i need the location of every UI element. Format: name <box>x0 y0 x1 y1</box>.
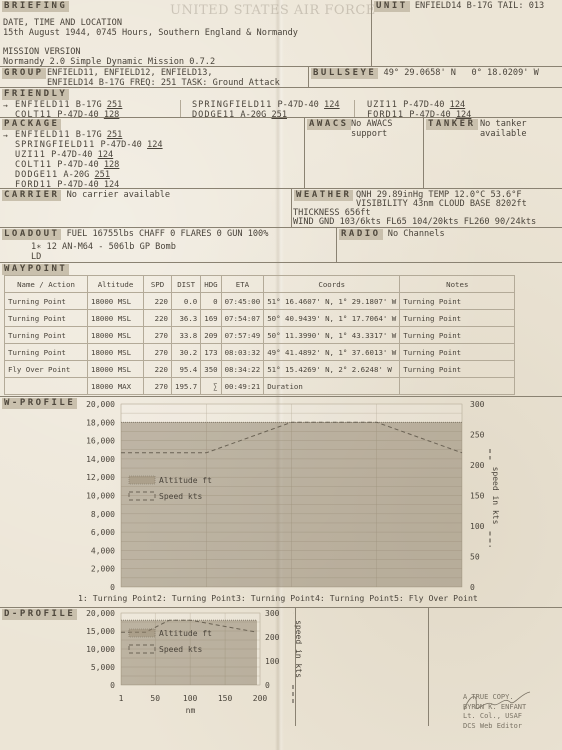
svg-text:5: Fly Over Point: 5: Fly Over Point <box>394 593 478 603</box>
table-cell <box>400 378 515 395</box>
svg-text:0: 0 <box>265 681 270 690</box>
table-cell: 95.4 <box>172 361 201 378</box>
arrow-right-icon: → <box>3 101 8 110</box>
package-item: UZI11 P-47D-40 124 <box>15 150 163 160</box>
table-cell: 36.3 <box>172 310 201 327</box>
table-cell: 18000 MSL <box>88 327 144 344</box>
svg-text:50: 50 <box>470 553 480 562</box>
svg-text:0: 0 <box>470 583 475 592</box>
carrier-header: CARRIER <box>2 190 61 201</box>
table-cell: 18000 MSL <box>88 344 144 361</box>
table-cell: 173 <box>201 344 221 361</box>
svg-text:15,000: 15,000 <box>86 627 115 636</box>
bullseye-lat: 49° 29.0658' N <box>384 68 456 78</box>
svg-text:50: 50 <box>150 694 160 703</box>
table-cell: 270 <box>144 378 172 395</box>
stamp-line: A TRUE COPY. <box>463 693 526 703</box>
weather-header: WEATHER <box>294 190 353 201</box>
svg-text:200: 200 <box>470 461 485 470</box>
col-dist: DIST <box>172 276 201 293</box>
friendly-item: ENFIELD11 B-17G 251 <box>15 100 122 110</box>
svg-text:2: Turning Point: 2: Turning Point <box>157 593 236 603</box>
svg-text:250: 250 <box>470 431 485 440</box>
col-name: Name / Action <box>5 276 88 293</box>
package-section: PACKAGE → ENFIELD11 B-17G 251 SPRINGFIEL… <box>0 117 305 189</box>
freq-link[interactable]: 124 <box>324 100 340 110</box>
tanker-line1: No tanker <box>480 119 527 129</box>
table-cell: 18000 MSL <box>88 310 144 327</box>
table-cell: 350 <box>201 361 221 378</box>
bullseye-lon: 0° 18.0209' W <box>472 68 539 78</box>
svg-text:8,000: 8,000 <box>91 510 115 519</box>
svg-text:300: 300 <box>470 400 485 409</box>
svg-text:14,000: 14,000 <box>86 455 115 464</box>
svg-text:0: 0 <box>110 583 115 592</box>
table-cell: 30.2 <box>172 344 201 361</box>
col-notes: Notes <box>400 276 515 293</box>
col-spd: SPD <box>144 276 172 293</box>
svg-text:4: Turning Point: 4: Turning Point <box>315 593 394 603</box>
svg-text:nm: nm <box>186 706 196 715</box>
loadout-weapon: 1∗ 12 AN-M64 - 506lb GP Bomb <box>31 242 176 252</box>
svg-text:1: 1 <box>119 694 124 703</box>
table-cell: 07:57:49 <box>221 327 264 344</box>
version-label: MISSION VERSION <box>3 47 81 57</box>
carrier-value: No carrier available <box>67 190 170 200</box>
svg-text:100: 100 <box>265 657 280 666</box>
col-altitude: Altitude <box>88 276 144 293</box>
table-row: Turning Point18000 MSL27033.820907:57:49… <box>5 327 515 344</box>
table-cell: 0 <box>201 293 221 310</box>
table-cell: 270 <box>144 344 172 361</box>
stamp-line: DCS Web Editor <box>463 722 526 732</box>
date-value: 15th August 1944, 0745 Hours, Southern E… <box>3 28 298 38</box>
awacs-section: AWACS No AWACS support <box>304 117 424 189</box>
table-total-row: 18000 MAX270195.7∑00:49:21Duration <box>5 378 515 395</box>
table-cell: 08:34:22 <box>221 361 264 378</box>
col-eta: ETA <box>221 276 264 293</box>
svg-text:Speed kts: Speed kts <box>159 645 203 654</box>
table-cell <box>5 378 88 395</box>
table-cell: Turning Point <box>400 361 515 378</box>
awacs-line1: No AWACS <box>351 119 392 129</box>
freq-link[interactable]: 251 <box>107 130 123 140</box>
group-line1: ENFIELD11, ENFIELD12, ENFIELD13, <box>47 68 213 78</box>
freq-link[interactable]: 124 <box>98 150 114 160</box>
table-cell: Turning Point <box>400 327 515 344</box>
friendly-header: FRIENDLY <box>2 89 69 100</box>
table-cell: 18000 MSL <box>88 293 144 310</box>
svg-text:300: 300 <box>265 609 280 618</box>
table-cell: 220 <box>144 361 172 378</box>
svg-text:150: 150 <box>218 694 233 703</box>
table-cell: Duration <box>264 378 400 395</box>
table-cell: Turning Point <box>5 344 88 361</box>
svg-text:3: Turning Point: 3: Turning Point <box>236 593 315 603</box>
freq-link[interactable]: 124 <box>450 100 466 110</box>
freq-link[interactable]: 251 <box>94 170 110 180</box>
table-cell: Turning Point <box>5 310 88 327</box>
friendly-item: UZI11 P-47D-40 124 <box>367 100 465 110</box>
w-profile-chart: 02,0004,0006,0008,00010,00012,00014,0001… <box>0 396 562 608</box>
table-cell: 49° 41.4892' N, 1° 37.6013' W <box>264 344 400 361</box>
package-item: COLT11 P-47D-40 128 <box>15 160 163 170</box>
table-cell: Turning Point <box>400 310 515 327</box>
package-header: PACKAGE <box>2 119 61 130</box>
col-coords: Coords <box>264 276 400 293</box>
table-cell: Fly Over Point <box>5 361 88 378</box>
svg-text:20,000: 20,000 <box>86 400 115 409</box>
svg-text:2,000: 2,000 <box>91 565 115 574</box>
loadout-header: LOADOUT <box>2 229 61 240</box>
table-row: Turning Point18000 MSL2200.0007:45:0051°… <box>5 293 515 310</box>
table-cell: 51° 16.4607' N, 1° 29.1807' W <box>264 293 400 310</box>
friendly-item: SPRINGFIELD11 P-47D-40 124 <box>192 100 340 110</box>
svg-text:150: 150 <box>470 492 485 501</box>
stamp-line: BYRON K. ENFANT <box>463 703 526 713</box>
tanker-header: TANKER <box>426 119 478 130</box>
svg-text:1: Turning Point: 1: Turning Point <box>78 593 157 603</box>
radio-header: RADIO <box>339 229 383 240</box>
freq-link[interactable]: 124 <box>147 140 163 150</box>
table-cell: 220 <box>144 293 172 310</box>
table-cell: Turning Point <box>400 293 515 310</box>
table-cell: 18000 MSL <box>88 361 144 378</box>
svg-text:speed in kts: speed in kts <box>294 620 303 678</box>
table-cell: 169 <box>201 310 221 327</box>
svg-text:5,000: 5,000 <box>91 663 115 672</box>
svg-text:200: 200 <box>265 633 280 642</box>
svg-text:6,000: 6,000 <box>91 528 115 537</box>
table-cell: 07:45:00 <box>221 293 264 310</box>
table-cell: 50° 40.9439' N, 1° 17.7064' W <box>264 310 400 327</box>
table-cell: 51° 15.4269' N, 2° 2.6248' W <box>264 361 400 378</box>
awacs-line2: support <box>351 129 387 139</box>
svg-text:0: 0 <box>110 681 115 690</box>
table-cell: 195.7 <box>172 378 201 395</box>
table-cell: Turning Point <box>400 344 515 361</box>
tanker-section: TANKER No tanker available <box>423 117 562 189</box>
table-cell: 07:54:07 <box>221 310 264 327</box>
table-cell: Turning Point <box>5 327 88 344</box>
table-header-row: Name / Action Altitude SPD DIST HDG ETA … <box>5 276 515 293</box>
table-cell: 18000 MAX <box>88 378 144 395</box>
waypoint-header: WAYPOINT <box>2 264 69 275</box>
loadout-weapon-sub: LD <box>31 252 41 262</box>
group-header: GROUP <box>2 68 46 79</box>
table-cell: ∑ <box>201 378 221 395</box>
date-label: DATE, TIME AND LOCATION <box>3 18 122 28</box>
package-item: SPRINGFIELD11 P-47D-40 124 <box>15 140 163 150</box>
unit-section: UNIT ENFIELD14 B-17G TAIL: 013 <box>371 0 562 67</box>
col-hdg: HDG <box>201 276 221 293</box>
table-row: Fly Over Point18000 MSL22095.435008:34:2… <box>5 361 515 378</box>
weather-line4: WIND GND 103/6kts FL65 104/20kts FL260 9… <box>293 217 536 227</box>
friendly-section: FRIENDLY → ENFIELD11 B-17G 251 COLT11 P-… <box>0 87 562 118</box>
table-row: Turning Point18000 MSL27030.217308:03:32… <box>5 344 515 361</box>
radio-value: No Channels <box>388 229 445 239</box>
svg-text:Altitude ft: Altitude ft <box>159 476 212 485</box>
d-profile-chart: 15010015020005,00010,00015,00020,0000100… <box>0 607 320 727</box>
svg-text:100: 100 <box>470 522 485 531</box>
package-item: DODGE11 A-20G 251 <box>15 170 163 180</box>
table-cell: 220 <box>144 310 172 327</box>
waypoint-table: Name / Action Altitude SPD DIST HDG ETA … <box>4 275 515 395</box>
package-item: ENFIELD11 B-17G 251 <box>15 130 163 140</box>
table-cell: Turning Point <box>5 293 88 310</box>
freq-link[interactable]: 128 <box>104 160 120 170</box>
weather-line2: VISIBILITY 43nm CLOUD BASE 8202ft <box>356 199 527 209</box>
weather-section: WEATHER QNH 29.89inHg TEMP 12.0°C 53.6°F… <box>291 188 562 228</box>
table-cell: 270 <box>144 327 172 344</box>
unit-header: UNIT <box>374 1 410 12</box>
loadout-section: LOADOUT FUEL 16755lbs CHAFF 0 FLARES 0 G… <box>0 227 337 263</box>
svg-text:200: 200 <box>253 694 268 703</box>
stamp-line: Lt. Col., USAF <box>463 712 526 722</box>
svg-text:18,000: 18,000 <box>86 418 115 427</box>
group-section: GROUP ENFIELD11, ENFIELD12, ENFIELD13, E… <box>0 66 309 88</box>
svg-text:10,000: 10,000 <box>86 492 115 501</box>
briefing-section: BRIEFING DATE, TIME AND LOCATION 15th Au… <box>0 0 372 67</box>
table-cell: 0.0 <box>172 293 201 310</box>
bullseye-header: BULLSEYE <box>311 68 378 79</box>
radio-section: RADIO No Channels <box>336 227 562 263</box>
svg-text:10,000: 10,000 <box>86 645 115 654</box>
table-cell: 50° 11.3990' N, 1° 43.3317' W <box>264 327 400 344</box>
svg-text:16,000: 16,000 <box>86 437 115 446</box>
mission-briefing-page: UNITED STATES AIR FORCE BRIEFING DATE, T… <box>0 0 562 750</box>
briefing-header: BRIEFING <box>2 1 69 12</box>
svg-text:100: 100 <box>183 694 198 703</box>
table-cell: 08:03:32 <box>221 344 264 361</box>
svg-text:20,000: 20,000 <box>86 609 115 618</box>
awacs-header: AWACS <box>307 119 351 130</box>
table-row: Turning Point18000 MSL22036.316907:54:07… <box>5 310 515 327</box>
table-cell: 00:49:21 <box>221 378 264 395</box>
svg-text:speed in kts: speed in kts <box>491 467 500 525</box>
bullseye-section: BULLSEYE 49° 29.0658' N 0° 18.0209' W <box>308 66 562 88</box>
table-cell: 33.8 <box>172 327 201 344</box>
tanker-line2: available <box>480 129 527 139</box>
arrow-right-icon: → <box>3 131 8 140</box>
svg-text:4,000: 4,000 <box>91 546 115 555</box>
unit-value: ENFIELD14 B-17G TAIL: 013 <box>415 1 544 11</box>
freq-link[interactable]: 251 <box>107 100 123 110</box>
svg-text:12,000: 12,000 <box>86 473 115 482</box>
svg-text:Speed kts: Speed kts <box>159 492 203 501</box>
carrier-section: CARRIER No carrier available <box>0 188 292 228</box>
svg-text:Altitude ft: Altitude ft <box>159 629 212 638</box>
loadout-summary: FUEL 16755lbs CHAFF 0 FLARES 0 GUN 100% <box>67 229 269 239</box>
table-cell: 209 <box>201 327 221 344</box>
certification-stamp: A TRUE COPY. BYRON K. ENFANT Lt. Col., U… <box>463 693 526 731</box>
